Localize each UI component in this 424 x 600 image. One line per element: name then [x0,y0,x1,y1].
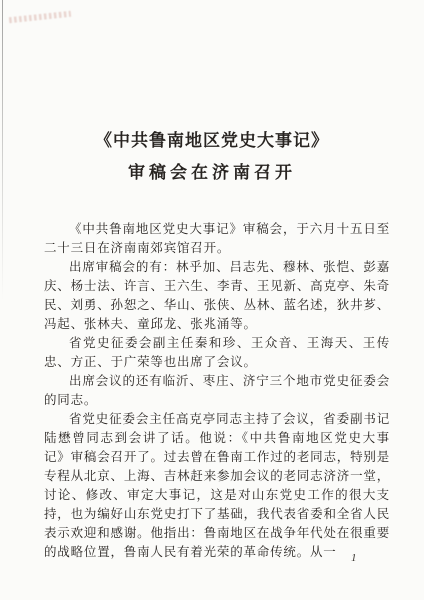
paragraph-5: 省党史征委会主任高克亭同志主持了会议，省委副书记陆懋曾同志到会讲了话。他说：《中… [44,410,390,562]
document-title-line-2: 审稿会在济南召开 [0,162,424,184]
paragraph-4: 出席会议的还有临沂、枣庄、济宁三个地市党史征委会的同志。 [44,372,390,410]
paragraph-3: 省党史征委会副主任秦和珍、王众音、王海天、王传忠、方正、于广荣等也出席了会议。 [44,334,390,372]
scan-edge-line [2,0,3,300]
document-title-line-1: 《中共鲁南地区党史大事记》 [0,130,424,152]
paragraph-1: 《中共鲁南地区党史大事记》审稿会，于六月十五日至二十三日在济南南郊宾馆召开。 [44,220,390,258]
scanned-document-page: 《中共鲁南地区党史大事记》 审稿会在济南召开 《中共鲁南地区党史大事记》审稿会，… [0,0,424,600]
paragraph-2: 出席审稿会的有：林乎加、吕志先、穆林、张恺、彭嘉庆、杨士法、许言、王六生、李青、… [44,258,390,334]
page-number: 1 [351,552,357,564]
document-title: 《中共鲁南地区党史大事记》 审稿会在济南召开 [0,0,424,184]
document-body: 《中共鲁南地区党史大事记》审稿会，于六月十五日至二十三日在济南南郊宾馆召开。 出… [44,220,390,562]
